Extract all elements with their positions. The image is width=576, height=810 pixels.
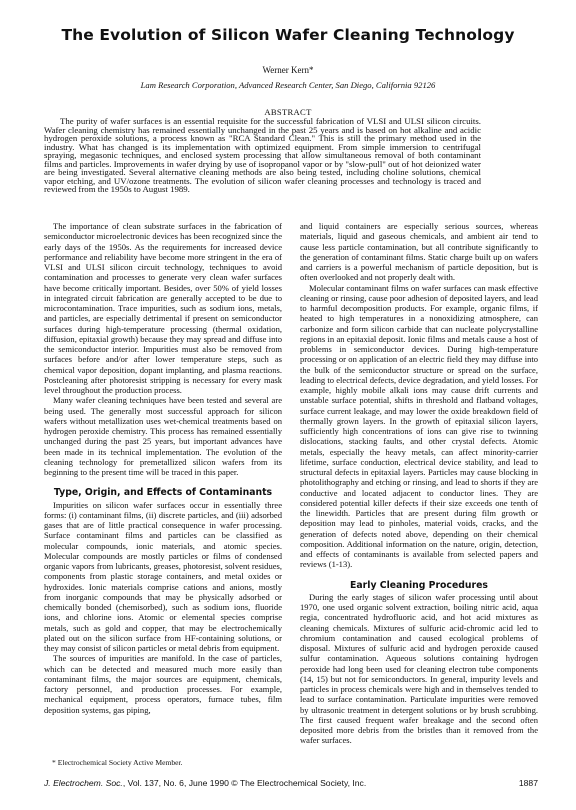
section-heading: Early Cleaning Procedures — [300, 581, 538, 591]
left-column: The importance of clean substrate surfac… — [44, 221, 282, 715]
paragraph: Impurities on silicon wafer surfaces occ… — [44, 500, 282, 654]
paper-title: The Evolution of Silicon Wafer Cleaning … — [0, 26, 576, 44]
section-heading: Type, Origin, and Effects of Contaminant… — [44, 488, 282, 498]
page-number: 1887 — [519, 778, 538, 788]
paragraph: Molecular contaminant films on wafer sur… — [300, 283, 538, 570]
page-footer: J. Electrochem. Soc., Vol. 137, No. 6, J… — [44, 778, 538, 788]
paragraph: The importance of clean substrate surfac… — [44, 221, 282, 395]
author-name: Werner Kern* — [0, 65, 576, 75]
author-affiliation: Lam Research Corporation, Advanced Resea… — [0, 80, 576, 90]
right-column: and liquid containers are especially ser… — [300, 221, 538, 746]
paragraph: The sources of impurities are manifold. … — [44, 653, 282, 715]
citation: , Vol. 137, No. 6, June 1990 © The Elect… — [123, 778, 366, 788]
abstract-text: The purity of wafer surfaces is an essen… — [44, 117, 481, 194]
journal-name: J. Electrochem. Soc. — [44, 778, 123, 788]
paragraph: and liquid containers are especially ser… — [300, 221, 538, 283]
paragraph: Many wafer cleaning techniques have been… — [44, 395, 282, 477]
footnote: * Electrochemical Society Active Member. — [52, 758, 183, 767]
paragraph: During the early stages of silicon wafer… — [300, 592, 538, 746]
